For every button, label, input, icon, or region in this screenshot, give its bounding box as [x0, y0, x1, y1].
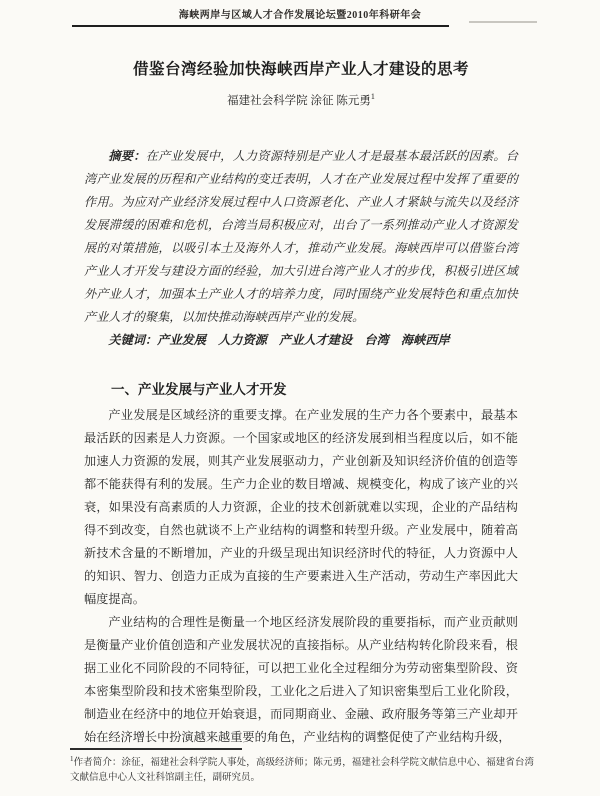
footnote-text: 作者简介：涂征，福建社会科学院人事处，高级经济师；陈元勇，福建社会科学院文献信息…	[70, 758, 534, 783]
abstract-text: 在产业发展中，人力资源特别是产业人才是最基本最活跃的因素。台湾产业发展的历程和产…	[84, 149, 518, 324]
section-heading: 一、产业发展与产业人才开发	[84, 378, 518, 401]
paper-title: 借鉴台湾经验加快海峡西岸产业人才建设的思考	[84, 60, 518, 80]
keywords-label: 关键词：	[108, 333, 157, 347]
keywords: 关键词：产业发展 人力资源 产业人才建设 台湾 海峡西岸	[84, 329, 518, 352]
footnote: 1作者简介：涂征，福建社会科学院人事处，高级经济师；陈元勇，福建社会科学院文献信…	[70, 752, 534, 786]
page-content: 借鉴台湾经验加快海峡西岸产业人才建设的思考 福建社会科学院 涂征 陈元勇1 摘要…	[84, 56, 518, 749]
body-paragraph-1: 产业发展是区域经济的重要支撑。在产业发展的生产力各个要素中，最基本最活跃的因素是…	[84, 404, 518, 611]
body-paragraph-2: 产业结构的合理性是衡量一个地区经济发展阶段的重要指标，而产业贡献则是衡量产业价值…	[84, 611, 518, 749]
document-page: 海峡两岸与区域人才合作发展论坛暨2010年科研年会 借鉴台湾经验加快海峡西岸产业…	[0, 0, 600, 796]
byline-text: 福建社会科学院 涂征 陈元勇	[227, 95, 371, 107]
scan-artifact-line	[469, 21, 537, 23]
footnote-separator	[70, 748, 242, 750]
abstract-label: 摘要：	[108, 149, 145, 163]
keywords-text: 产业发展 人力资源 产业人才建设 台湾 海峡西岸	[157, 333, 450, 347]
byline-footnote-marker: 1	[371, 92, 375, 101]
running-header: 海峡两岸与区域人才合作发展论坛暨2010年科研年会	[0, 6, 600, 21]
abstract: 摘要：在产业发展中，人力资源特别是产业人才是最基本最活跃的因素。台湾产业发展的历…	[84, 145, 518, 329]
byline: 福建社会科学院 涂征 陈元勇1	[84, 89, 518, 109]
header-rule	[72, 25, 449, 27]
